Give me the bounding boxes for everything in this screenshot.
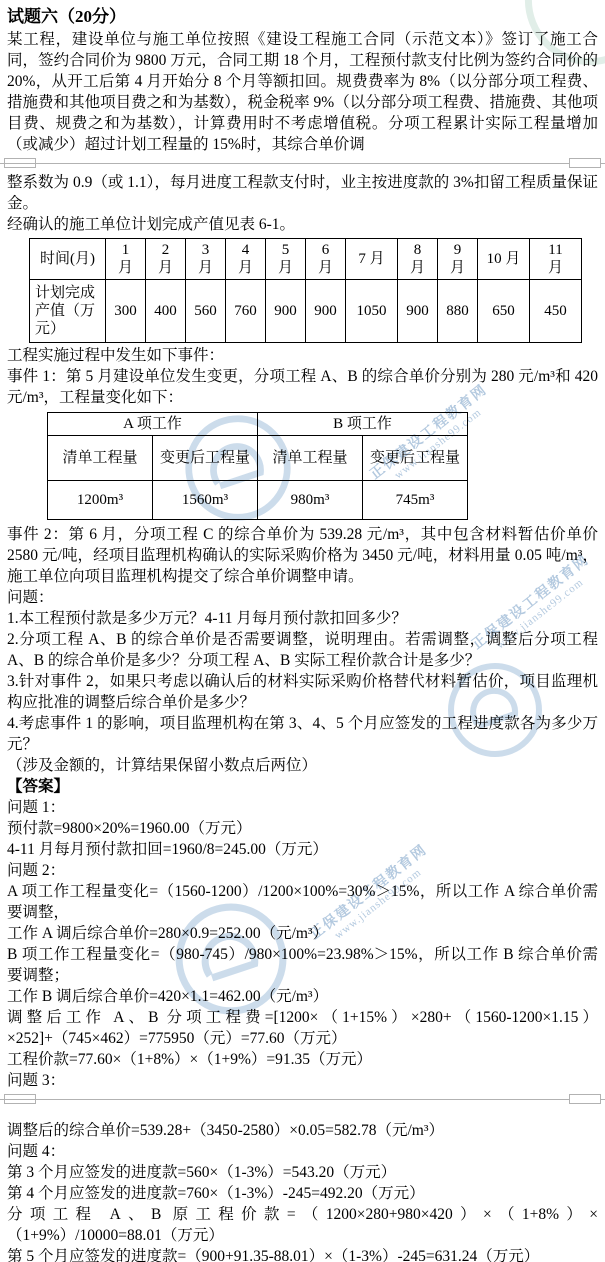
- page-break-1: [0, 157, 605, 170]
- planned-output-table: 时间(月) 1 月 2 月 3 月 4 月 5 月 6 月 7 月 8 月 9 …: [29, 238, 582, 343]
- value-cell: 650: [478, 280, 530, 343]
- question-4: 4.考虑事件 1 的影响，项目监理机构在第 3、4、5 个月应签发的工程进度款各…: [7, 713, 598, 755]
- column-header-cell: 变更后工程量: [363, 436, 468, 481]
- answer4-line: 第 5 个月应签发的进度款=（900+91.35-88.01）×（1-3%）-2…: [7, 1246, 598, 1262]
- answer4-label: 问题 4：: [7, 1141, 598, 1162]
- question-2: 2.分项工程 A、B 的综合单价是否需要调整，说明理由。若需调整，调整后分项工程…: [7, 629, 598, 671]
- answer2-line: A 项工作工程量变化=（1560-1200）/1200×100%=30%＞15%…: [7, 881, 598, 923]
- answer4-line: 第 3 个月应签发的进度款=560×（1-3%）=543.20（万元）: [7, 1162, 598, 1183]
- group-b-header-cell: B 项工作: [258, 413, 468, 436]
- question-1: 1.本工程预付款是多少万元？4-11 月每月预付款扣回多少？: [7, 608, 598, 629]
- answer3-label: 问题 3：: [7, 1070, 598, 1091]
- value-cell: 760: [226, 280, 266, 343]
- value-cell: 450: [530, 280, 582, 343]
- answer4-line: 第 4 个月应签发的进度款=760×（1-3%）-245=492.20（万元）: [7, 1183, 598, 1204]
- value-cell: 1050: [346, 280, 398, 343]
- value-cell: 900: [306, 280, 346, 343]
- group-a-header-cell: A 项工作: [48, 413, 258, 436]
- month-header-cell: 8 月: [398, 239, 438, 280]
- month-header-cell: 10 月: [478, 239, 530, 280]
- document-page: { "title": "试题六（20分）", "intro_part1": "某…: [0, 0, 605, 1262]
- answer-section-label: 【答案】: [7, 776, 598, 797]
- page-break-line: [0, 1099, 605, 1100]
- month-header-cell: 4 月: [226, 239, 266, 280]
- quantity-cell: 745m³: [363, 481, 468, 520]
- month-header-cell: 6 月: [306, 239, 346, 280]
- page-break-2: [0, 1093, 605, 1106]
- answer1-line: 4-11 月每月预付款扣回=1960/8=245.00（万元）: [7, 839, 598, 860]
- answer2-line: 工作 B 调后综合单价=420×1.1=462.00（元/m³）: [7, 986, 598, 1007]
- table-value-row: 计划完成产值（万元） 300 400 560 760 900 900 1050 …: [30, 280, 582, 343]
- time-header-cell: 时间(月): [30, 239, 106, 280]
- page-break-line: [0, 163, 605, 164]
- value-cell: 900: [266, 280, 306, 343]
- group-header-row: A 项工作 B 项工作: [48, 413, 468, 436]
- rounding-note: （涉及金额的，计算结果保留小数点后两位）: [7, 755, 598, 776]
- month-header-cell: 2 月: [146, 239, 186, 280]
- answer2-line: 工作 A 调后综合单价=280×0.9=252.00（元/m³）: [7, 923, 598, 944]
- month-header-cell: 7 月: [346, 239, 398, 280]
- page-corner-mark: [569, 1094, 601, 1104]
- page-1: 试题六（20分） 某工程，建设单位与施工单位按照《建设工程施工合同（示范文本）》…: [0, 0, 605, 155]
- column-header-row: 清单工程量 变更后工程量 清单工程量 变更后工程量: [48, 436, 468, 481]
- event2-paragraph: 事件 2：第 6 月，分项工程 C 的综合单价为 539.28 元/m³，其中包…: [7, 524, 598, 587]
- exam-question-title: 试题六（20分）: [7, 4, 598, 29]
- value-cell: 900: [398, 280, 438, 343]
- quantity-cell: 1200m³: [48, 481, 153, 520]
- answer4-line: 分项工程 A、B 原工程价款=（1200×280+980×420）×（1+8%）…: [7, 1204, 598, 1246]
- page-corner-mark: [569, 158, 601, 168]
- month-header-cell: 11 月: [530, 239, 582, 280]
- answer1-line: 预付款=9800×20%=1960.00（万元）: [7, 818, 598, 839]
- column-header-cell: 清单工程量: [48, 436, 153, 481]
- value-cell: 400: [146, 280, 186, 343]
- quantity-value-row: 1200m³ 1560m³ 980m³ 745m³: [48, 481, 468, 520]
- answer3-line: 调整后的综合单价=539.28+（3450-2580）×0.05=582.78（…: [7, 1120, 598, 1141]
- answer2-line: 工程价款=77.60×（1+8%）×（1+9%）=91.35（万元）: [7, 1049, 598, 1070]
- page-3: 调整后的综合单价=539.28+（3450-2580）×0.05=582.78（…: [0, 1108, 605, 1262]
- answer1-label: 问题 1：: [7, 797, 598, 818]
- answer2-line: B 项工作工程量变化=（980-745）/980×100%=23.98%＞15%…: [7, 944, 598, 986]
- questions-label: 问题：: [7, 587, 598, 608]
- answer2-line: 调整后工作 A、B 分项工程费=[1200×（1+15%）×280+（1560-…: [7, 1007, 598, 1049]
- answer2-label: 问题 2：: [7, 860, 598, 881]
- quantity-cell: 980m³: [258, 481, 363, 520]
- month-header-cell: 5 月: [266, 239, 306, 280]
- quantity-change-table: A 项工作 B 项工作 清单工程量 变更后工程量 清单工程量 变更后工程量 12…: [47, 412, 468, 520]
- value-cell: 880: [438, 280, 478, 343]
- month-header-cell: 3 月: [186, 239, 226, 280]
- row-label-cell: 计划完成产值（万元）: [30, 280, 106, 343]
- intro-paragraph-part1: 某工程，建设单位与施工单位按照《建设工程施工合同（示范文本）》签订了施工合同，签…: [7, 29, 598, 155]
- month-header-cell: 1 月: [106, 239, 146, 280]
- document-content: 试题六（20分） 某工程，建设单位与施工单位按照《建设工程施工合同（示范文本）》…: [0, 0, 605, 1262]
- value-cell: 560: [186, 280, 226, 343]
- question-3: 3.针对事件 2，如果只考虑以确认后的材料实际采购价格替代材料暂估价，项目监理机…: [7, 671, 598, 713]
- quantity-cell: 1560m³: [153, 481, 258, 520]
- column-header-cell: 清单工程量: [258, 436, 363, 481]
- intro-paragraph-part2: 整系数为 0.9（或 1.1），每月进度工程款支付时，业主按进度款的 3%扣留工…: [7, 172, 598, 214]
- events-intro-text: 工程实施过程中发生如下事件：: [7, 345, 598, 366]
- value-cell: 300: [106, 280, 146, 343]
- month-header-cell: 9 月: [438, 239, 478, 280]
- event1-paragraph: 事件 1：第 5 月建设单位发生变更，分项工程 A、B 的综合单价分别为 280…: [7, 366, 598, 408]
- page-2: 整系数为 0.9（或 1.1），每月进度工程款支付时，业主按进度款的 3%扣留工…: [0, 172, 605, 1091]
- table-intro-text: 经确认的施工单位计划完成产值见表 6-1。: [7, 214, 598, 235]
- table-header-row: 时间(月) 1 月 2 月 3 月 4 月 5 月 6 月 7 月 8 月 9 …: [30, 239, 582, 280]
- column-header-cell: 变更后工程量: [153, 436, 258, 481]
